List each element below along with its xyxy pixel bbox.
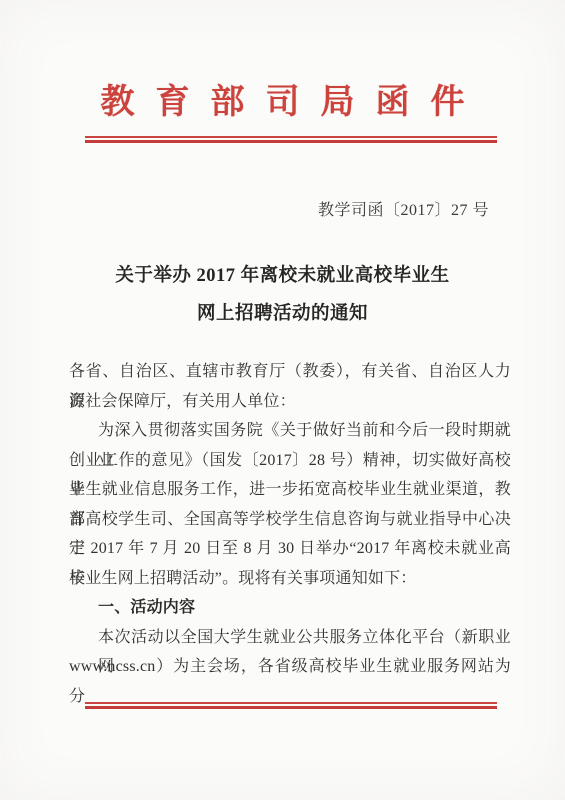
body-line: 源社会保障厅，有关用人单位： <box>69 387 511 417</box>
scanned-letter-page: 教育部司局函件 教学司函〔2017〕27 号 关于举办 2017 年离校未就业高… <box>0 0 565 800</box>
body-line: 业生就业信息服务工作，进一步拓宽高校毕业生就业渠道，教育 <box>69 475 511 505</box>
body-line: 创业工作的意见》（国发〔2017〕28 号）精神，切实做好高校毕 <box>69 446 511 476</box>
document-number: 教学司函〔2017〕27 号 <box>318 200 489 222</box>
section-heading: 一、活动内容 <box>69 593 511 623</box>
body-line: 本次活动以全国大学生就业公共服务立体化平台（新职业网 <box>69 623 511 653</box>
body-line: 为深入贯彻落实国务院《关于做好当前和今后一段时期就业 <box>69 416 511 446</box>
body-line: 毕业生网上招聘活动”。现将有关事项通知如下： <box>69 564 511 594</box>
letterhead-top-rule <box>85 136 497 143</box>
letter-body: 各省、自治区、直辖市教育厅（教委），有关省、自治区人力资 源社会保障厅，有关用人… <box>69 357 511 682</box>
letterhead-bottom-rule <box>85 702 497 709</box>
letterhead-banner: 教育部司局函件 <box>0 84 565 122</box>
document-title-line-1: 关于举办 2017 年离校未就业高校毕业生 <box>0 257 565 295</box>
document-title: 关于举办 2017 年离校未就业高校毕业生 网上招聘活动的通知 <box>0 257 565 333</box>
body-line: 部高校学生司、全国高等学校学生信息咨询与就业指导中心决定 <box>69 505 511 535</box>
document-title-line-2: 网上招聘活动的通知 <box>0 295 565 333</box>
body-line: www.ncss.cn）为主会场，各省级高校毕业生就业服务网站为分 <box>69 652 511 682</box>
body-line: 于 2017 年 7 月 20 日至 8 月 30 日举办“2017 年离校未就… <box>69 534 511 564</box>
body-line: 各省、自治区、直辖市教育厅（教委），有关省、自治区人力资 <box>69 357 511 387</box>
